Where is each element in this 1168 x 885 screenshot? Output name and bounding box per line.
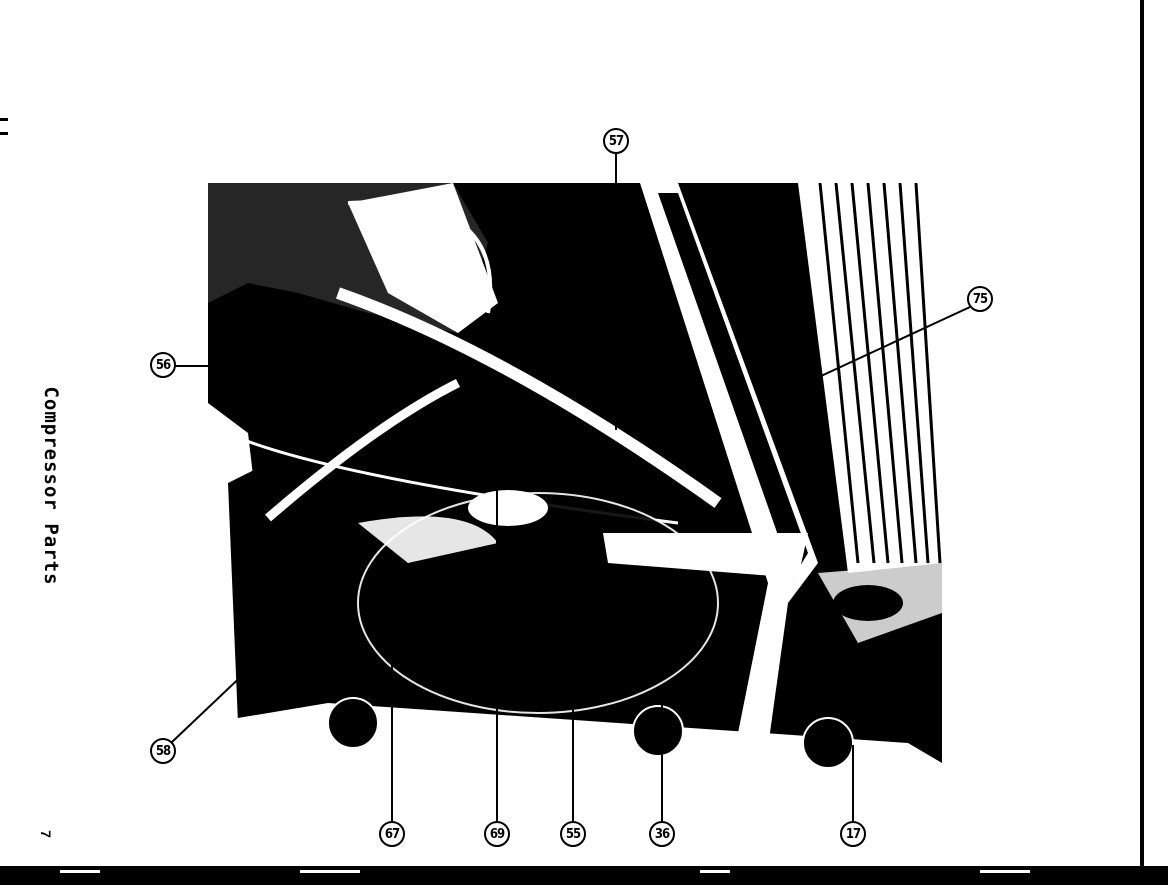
compressor-photo-illustration (208, 183, 942, 775)
section-title: Compressor Parts (36, 398, 66, 573)
callout-56: 56 (150, 352, 176, 378)
catalog-page: Compressor Parts 7 (0, 0, 1168, 885)
callout-58: 58 (150, 738, 176, 764)
callout-69: 69 (484, 821, 510, 847)
page-left-edge (0, 0, 6, 885)
callout-75: 75 (967, 286, 993, 312)
compressor-photo (208, 183, 942, 775)
edge-mark (0, 118, 8, 121)
callout-57-label: 57 (609, 134, 623, 149)
scan-speck (60, 870, 100, 873)
page-number: 7 (38, 830, 54, 838)
callout-17-label: 17 (846, 827, 860, 842)
page-right-edge (1140, 0, 1144, 870)
callout-75-label: 75 (973, 292, 987, 307)
callout-17: 17 (840, 821, 866, 847)
callout-56-label: 56 (156, 358, 170, 373)
callout-67-label: 67 (385, 827, 399, 842)
edge-mark (0, 132, 8, 135)
callout-55-label: 55 (566, 827, 580, 842)
callout-58-label: 58 (156, 744, 170, 759)
callout-57: 57 (603, 128, 629, 154)
scan-speck (700, 870, 730, 873)
callout-69-label: 69 (490, 827, 504, 842)
scan-bottom-border (0, 866, 1168, 885)
callout-36: 36 (649, 821, 675, 847)
scan-speck (300, 870, 360, 873)
scan-speck (980, 870, 1030, 873)
callout-67: 67 (379, 821, 405, 847)
section-title-text: Compressor Parts (40, 386, 62, 585)
callout-36-label: 36 (655, 827, 669, 842)
callout-55: 55 (560, 821, 586, 847)
